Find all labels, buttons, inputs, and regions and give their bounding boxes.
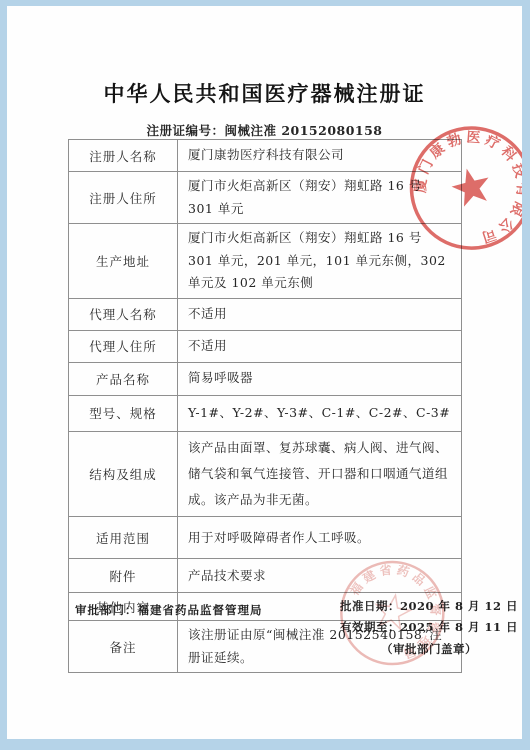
table-row: 代理人住所 不适用 [69,330,462,362]
table-row: 产品名称 简易呼吸器 [69,362,462,395]
table-row: 附件 产品技术要求 [69,559,462,593]
registration-number-label: 注册证编号： [146,123,224,138]
field-label: 代理人名称 [69,298,178,330]
field-value: 不适用 [178,298,462,330]
table-row: 注册人住所 厦门市火炬高新区（翔安）翔虹路 16 号 301 单元 [69,172,462,224]
table-row: 代理人名称 不适用 [69,298,462,330]
table-row: 结构及组成 该产品由面罩、复苏球囊、病人阀、进气阀、储气袋和氧气连接管、开口器和… [69,431,462,517]
field-value: 厦门市火炬高新区（翔安）翔虹路 16 号 301 单元，201 单元，101 单… [178,224,462,299]
field-label: 备注 [69,621,178,673]
field-label: 注册人名称 [69,140,178,172]
field-value: 厦门市火炬高新区（翔安）翔虹路 16 号 301 单元 [178,172,462,224]
valid-until-date: 有效期至：2025 年 8 月 11 日 [340,617,518,638]
certificate-fields-table: 注册人名称 厦门康勃医疗科技有限公司 注册人住所 厦门市火炬高新区（翔安）翔虹路… [68,139,462,673]
registration-number-line: 注册证编号：闽械注准 20152080158 [7,121,522,139]
certificate-screenshot: { "header": { "title": "中华人民共和国医疗器械注册证",… [0,0,530,750]
footer-dates-block: 批准日期：2020 年 8 月 12 日 有效期至：2025 年 8 月 11 … [340,596,518,660]
field-value: 厦门康勃医疗科技有限公司 [178,140,462,172]
registration-number-value: 闽械注准 20152080158 [224,123,382,138]
table-row: 生产地址 厦门市火炬高新区（翔安）翔虹路 16 号 301 单元，201 单元，… [69,224,462,299]
field-value: 该产品由面罩、复苏球囊、病人阀、进气阀、储气袋和氧气连接管、开口器和口咽通气道组… [178,431,462,517]
field-label: 生产地址 [69,224,178,299]
seal-placement-note: （审批部门盖章） [340,639,518,660]
field-label: 注册人住所 [69,172,178,224]
field-label: 附件 [69,559,178,593]
field-label: 型号、规格 [69,395,178,431]
table-row: 型号、规格 Y-1#、Y-2#、Y-3#、C-1#、C-2#、C-3# [69,395,462,431]
approval-date: 批准日期：2020 年 8 月 12 日 [340,596,518,617]
field-label: 结构及组成 [69,431,178,517]
field-label: 适用范围 [69,517,178,559]
field-value: 不适用 [178,330,462,362]
field-label: 产品名称 [69,362,178,395]
field-label: 代理人住所 [69,330,178,362]
field-value: Y-1#、Y-2#、Y-3#、C-1#、C-2#、C-3# [178,395,462,431]
table-row: 注册人名称 厦门康勃医疗科技有限公司 [69,140,462,172]
approval-department: 审批部门：福建省药品监督管理局 [75,602,263,618]
certificate-title: 中华人民共和国医疗器械注册证 [7,6,522,108]
certificate-page: 中华人民共和国医疗器械注册证 注册证编号：闽械注准 20152080158 注册… [7,6,522,739]
field-value: 简易呼吸器 [178,362,462,395]
field-value: 用于对呼吸障碍者作人工呼吸。 [178,517,462,559]
field-value: 产品技术要求 [178,559,462,593]
table-row: 适用范围 用于对呼吸障碍者作人工呼吸。 [69,517,462,559]
